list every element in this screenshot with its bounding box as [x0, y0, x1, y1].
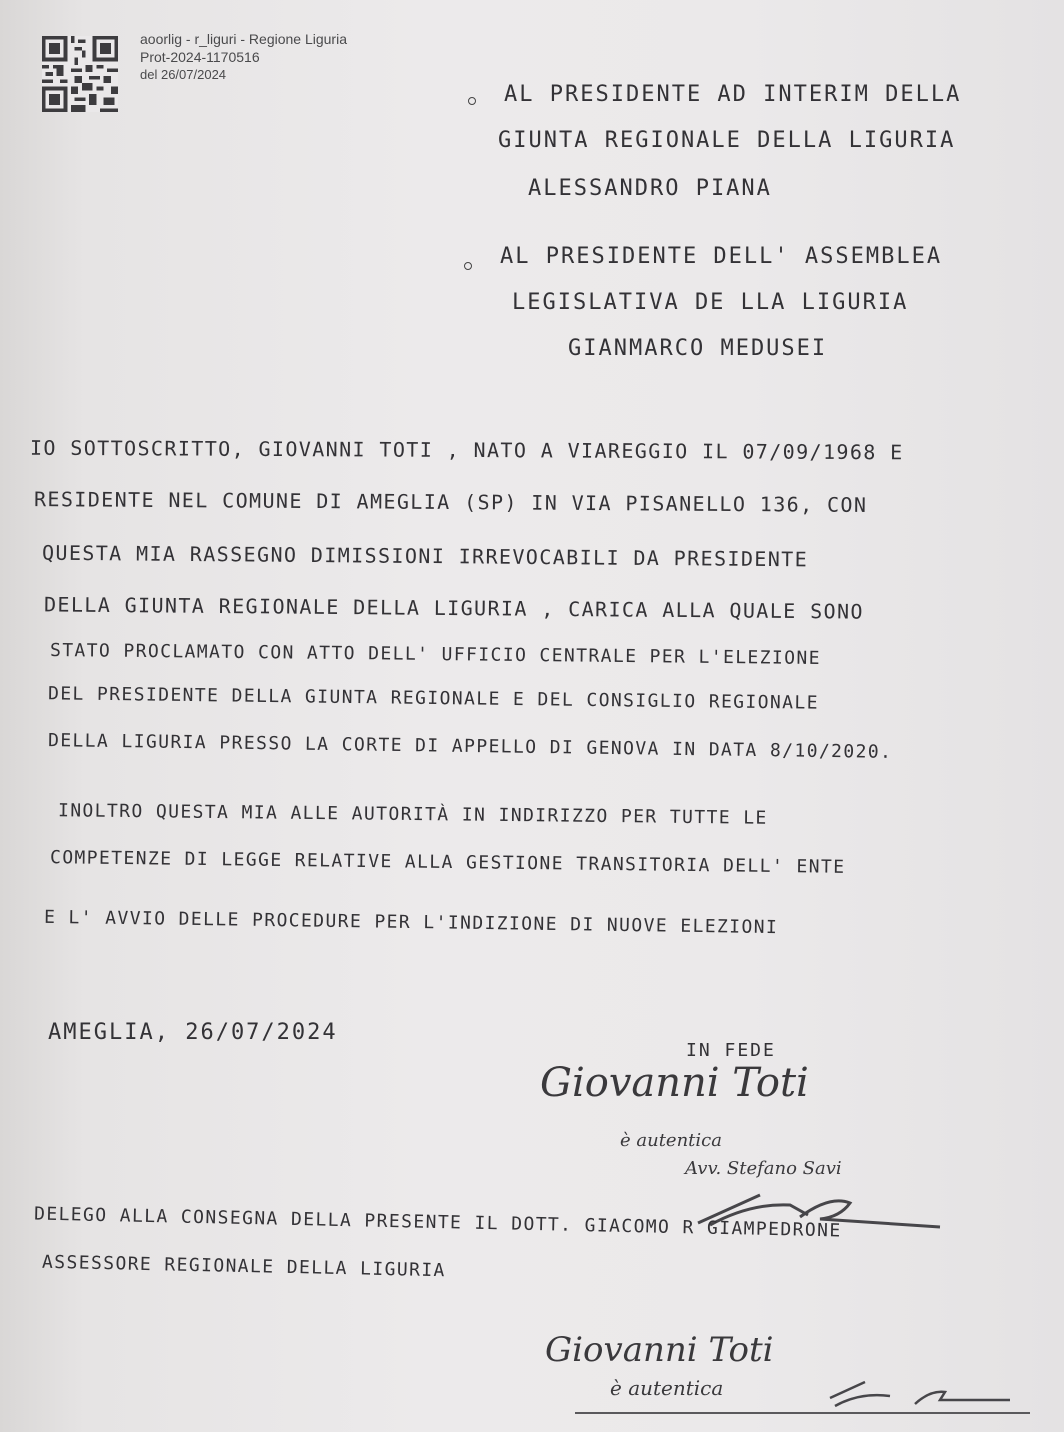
protocol-date: del 26/07/2024	[140, 66, 347, 84]
footer-lawyer-signature-icon	[820, 1370, 1020, 1410]
bottom-rule	[575, 1412, 1030, 1414]
recipient-2-name: GIANMARCO MEDUSEI	[568, 336, 827, 361]
bullet-icon	[468, 97, 476, 105]
place-date: AMEGLIA, 26/07/2024	[48, 1020, 338, 1045]
qr-code-icon	[42, 36, 118, 112]
protocol-stamp: aoorlig - r_liguri - Regione Liguria Pro…	[42, 36, 347, 112]
body-line: DEL PRESIDENTE DELLA GIUNTA REGIONALE E …	[48, 683, 819, 713]
authentication-note: è autentica	[620, 1130, 722, 1151]
body-line: DELLA LIGURIA PRESSO LA CORTE DI APPELLO…	[48, 730, 893, 763]
recipient-2-line-2: LEGISLATIVA DE LLA LIGURIA	[512, 290, 908, 315]
body-line: INOLTRO QUESTA MIA ALLE AUTORITÀ IN INDI…	[58, 800, 768, 828]
footer-authentication: è autentica	[610, 1376, 723, 1400]
in-fede: IN FEDE	[686, 1040, 776, 1061]
recipient-1-line-2: GIUNTA REGIONALE DELLA LIGURIA	[498, 128, 955, 153]
body-line: COMPETENZE DI LEGGE RELATIVE ALLA GESTIO…	[50, 847, 846, 878]
recipient-1-name: ALESSANDRO PIANA	[528, 176, 772, 201]
lawyer-name: Avv. Stefano Savi	[685, 1158, 842, 1179]
recipient-2-line-1: AL PRESIDENTE DELL' ASSEMBLEA	[500, 244, 942, 269]
body-line: STATO PROCLAMATO CON ATTO DELL' UFFICIO …	[50, 640, 821, 669]
delegation-line: ASSESSORE REGIONALE DELLA LIGURIA	[42, 1252, 446, 1281]
body-line: E L' AVVIO DELLE PROCEDURE PER L'INDIZIO…	[44, 907, 778, 938]
bullet-icon	[464, 262, 472, 270]
signature-giovanni-toti: Giovanni Toti	[540, 1060, 809, 1106]
body-line: DELLA GIUNTA REGIONALE DELLA LIGURIA , C…	[44, 592, 864, 623]
body-line: RESIDENTE NEL COMUNE DI AMEGLIA (SP) IN …	[34, 487, 867, 517]
body-line: QUESTA MIA RASSEGNO DIMISSIONI IRREVOCAB…	[42, 541, 808, 572]
resignation-letter: aoorlig - r_liguri - Regione Liguria Pro…	[0, 0, 1064, 1432]
protocol-office: aoorlig - r_liguri - Regione Liguria	[140, 30, 347, 48]
recipient-1-line-1: AL PRESIDENTE AD INTERIM DELLA	[504, 82, 961, 107]
footer-signature: Giovanni Toti	[545, 1330, 774, 1370]
body-line: IO SOTTOSCRITTO, GIOVANNI TOTI , NATO A …	[30, 436, 904, 465]
protocol-number: Prot-2024-1170516	[140, 48, 347, 66]
